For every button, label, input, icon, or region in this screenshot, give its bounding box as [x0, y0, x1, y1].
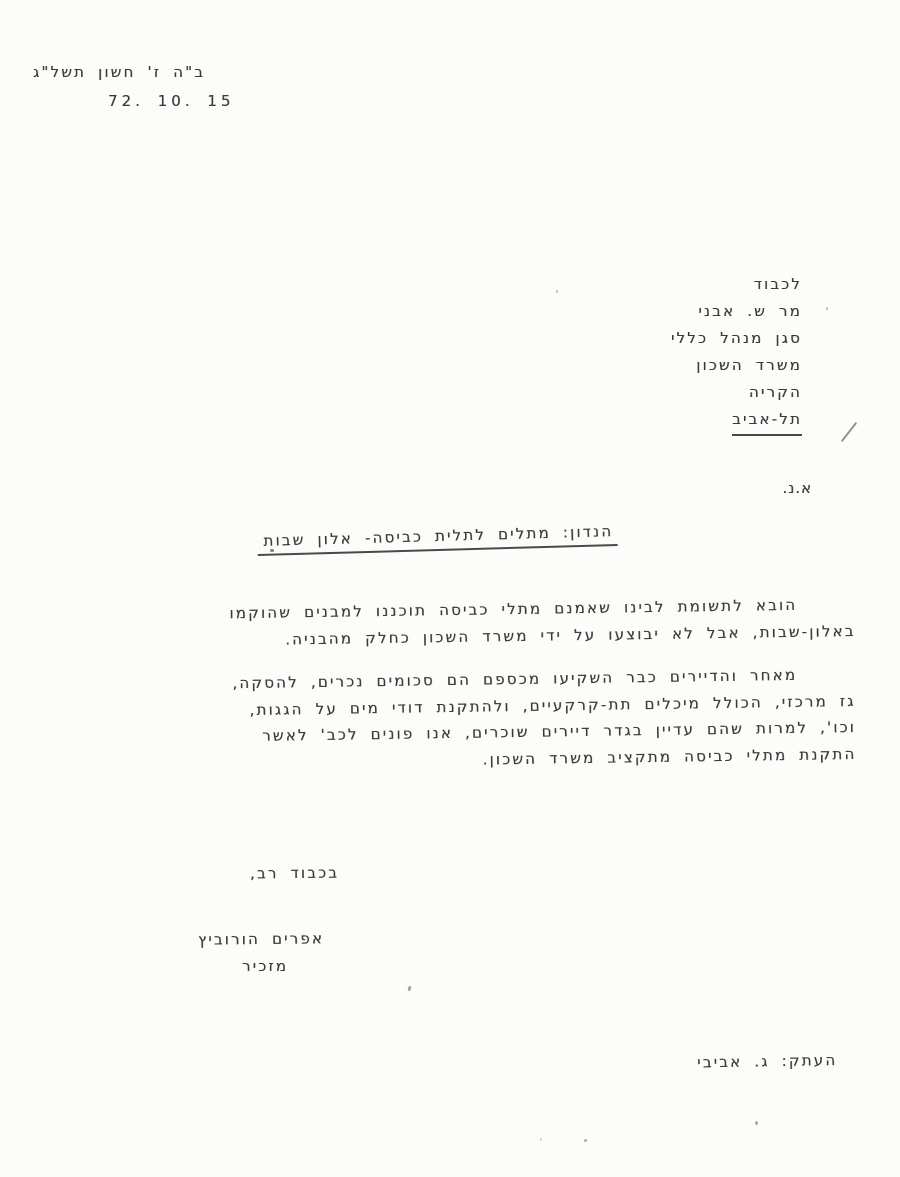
- recipient-address-block: לכבוד מר ש. אבני סגן מנהל כללי משרד השכו…: [671, 271, 802, 436]
- hebrew-date: ב"ה ז' חשון תשל"ג: [33, 63, 205, 81]
- address-line-district: הקריה: [671, 379, 802, 406]
- signature-name: אפרים הורוביץ: [198, 929, 324, 948]
- address-line-ministry: משרד השכון: [671, 352, 802, 379]
- signature-title: מזכיר: [242, 957, 288, 975]
- address-line-role: סגן מנהל כללי: [671, 325, 802, 352]
- scan-speck: [556, 290, 558, 293]
- scan-speck: [826, 307, 828, 310]
- subject-line-wrap: הנדון: מתלים לתלית כביסה- אלון שבות: [257, 522, 617, 556]
- subject-line: הנדון: מתלים לתלית כביסה- אלון שבות: [257, 522, 617, 556]
- copy-to-line: העתק: ג. אביבי: [697, 1051, 837, 1071]
- body-paragraph-2: מאחר והדיירים כבר השקיעו מכספם הם סכומים…: [58, 661, 856, 779]
- civil-date: 15 .10 .72: [108, 92, 234, 110]
- address-line-salutation: לכבוד: [671, 271, 802, 298]
- address-line-name: מר ש. אבני: [671, 298, 802, 325]
- scan-speck: [755, 1121, 758, 1125]
- body-paragraph-1: הובא לתשומת לבינו שאמנם מתלי כביסה תוכננ…: [58, 591, 856, 656]
- greeting: א.נ.: [782, 479, 812, 497]
- scan-speck: [540, 1138, 542, 1141]
- scan-speck: [270, 549, 274, 552]
- scanned-letter-page: ב"ה ז' חשון תשל"ג 15 .10 .72 לכבוד מר ש.…: [0, 0, 900, 1177]
- scan-speck: [584, 1139, 587, 1142]
- scan-speck: [407, 986, 411, 992]
- closing-salutation: בכבוד רב,: [250, 864, 339, 883]
- pen-slash-mark: [841, 422, 857, 442]
- recipient-city: תל-אביב: [732, 406, 802, 436]
